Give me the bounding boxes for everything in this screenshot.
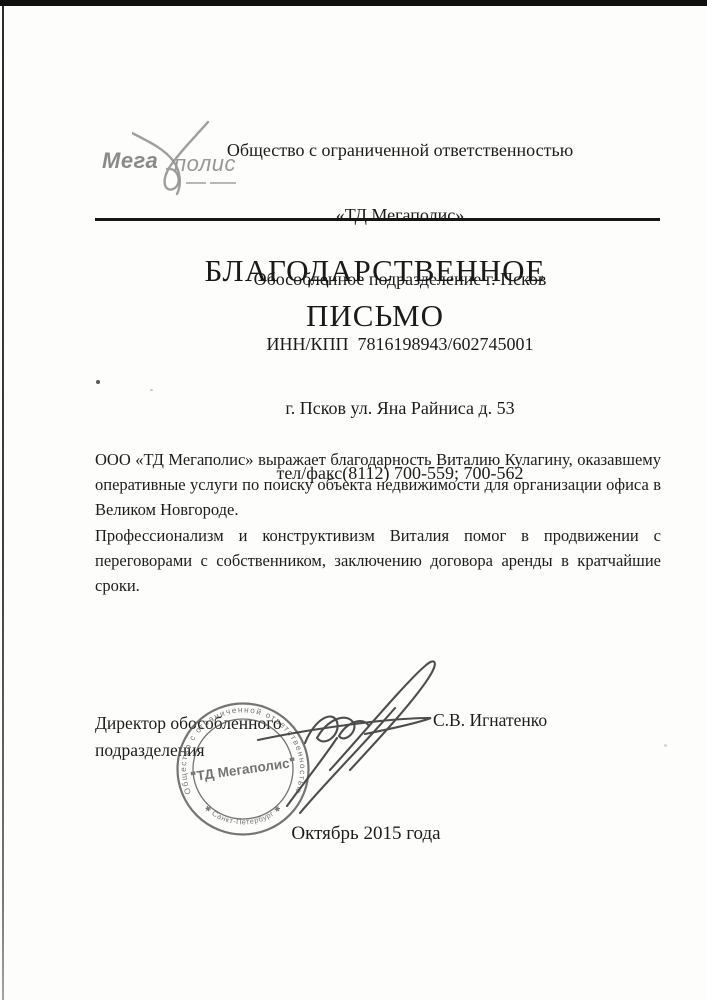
document-title: БЛАГОДАРСТВЕННОЕ ПИСЬМО [95,248,655,338]
scanned-letter-page: Мега полис Общество с ограниченной ответ… [0,0,707,1000]
letter-date: Октябрь 2015 года [216,823,516,845]
letterhead-line-org-type: Общество с ограниченной ответственностью [150,140,650,162]
title-line-2: ПИСЬМО [95,293,655,338]
scan-top-border [0,0,707,6]
letterhead-line-org-name: «ТД Мегаполис» [150,205,650,227]
title-line-1: БЛАГОДАРСТВЕННОЕ [95,248,655,293]
paragraph-gratitude: ООО «ТД Мегаполис» выражает благодарност… [95,447,661,523]
scan-left-edge-line [2,5,4,1000]
letter-body: ООО «ТД Мегаполис» выражает благодарност… [95,447,661,598]
paragraph-professionalism: Профессионализм и конструктивизм Виталия… [95,523,661,599]
scan-speck [96,380,100,384]
scan-speck [664,744,667,747]
letterhead-line-address: г. Псков ул. Яна Райниса д. 53 [150,398,650,420]
handwritten-signature [245,648,445,823]
letterhead-divider [95,218,660,221]
signer-name: С.В. Игнатенко [433,710,547,731]
